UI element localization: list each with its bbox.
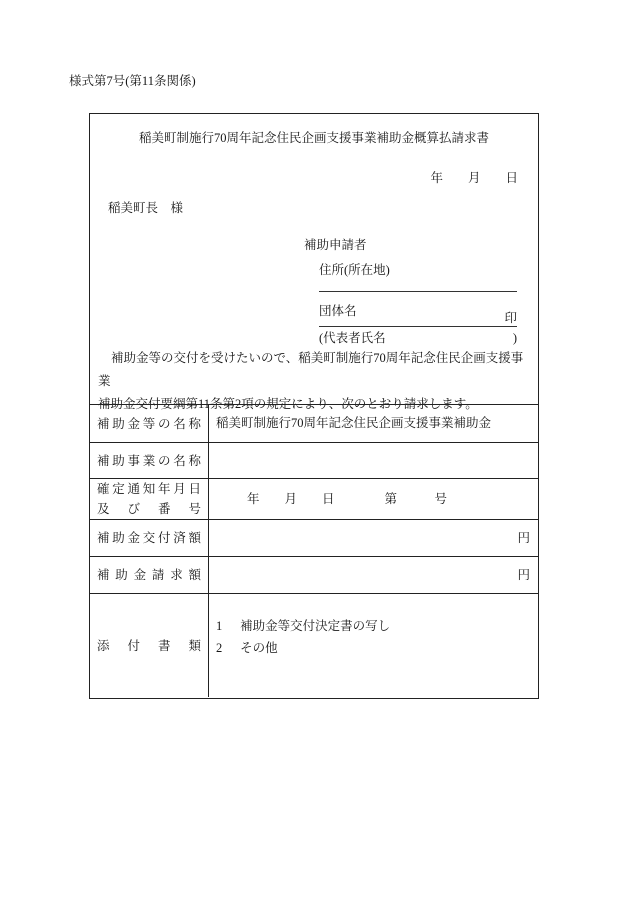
date-line: 年 月 日 — [90, 171, 538, 186]
table-row-requested-amount: 補助金請求額 円 — [90, 556, 538, 593]
attachment-item: 2 その他 — [216, 637, 534, 659]
table-row-notice-date-number: 確定通知年月日 及び番号 年 月 日 第 号 — [90, 478, 538, 519]
table-row-paid-amount: 補助金交付済額 円 — [90, 519, 538, 556]
cell-value-subsidy-name: 稲美町制施行70周年記念住民企画支援事業補助金 — [209, 405, 538, 442]
representative-close-paren: ) — [513, 331, 517, 346]
cell-value-requested-amount: 円 — [209, 557, 538, 593]
table-row-attachments: 添付書類 1 補助金等交付決定書の写し 2 その他 — [90, 593, 538, 697]
cell-label-notice-date-number: 確定通知年月日 及び番号 — [90, 479, 209, 519]
cell-value-attachments: 1 補助金等交付決定書の写し 2 その他 — [209, 594, 538, 697]
cell-label-project-name: 補助事業の名称 — [90, 443, 209, 478]
attachment-number: 1 — [216, 615, 237, 637]
cell-label-requested-amount: 補助金請求額 — [90, 557, 209, 593]
attachment-item: 1 補助金等交付決定書の写し — [216, 615, 534, 637]
attachment-number: 2 — [216, 637, 237, 659]
representative-row: (代表者氏名 ) — [319, 331, 517, 346]
cell-label-subsidy-name: 補助金等の名称 — [90, 405, 209, 442]
label-text-line2: 及び番号 — [97, 499, 201, 519]
address-label: 住所(所在地) — [319, 263, 390, 278]
document-border-box: 稲美町制施行70周年記念住民企画支援事業補助金概算払請求書 年 月 日 稲美町長… — [89, 113, 539, 699]
cell-label-attachments: 添付書類 — [90, 594, 209, 697]
label-text-line1: 確定通知年月日 — [97, 479, 201, 499]
cell-value-paid-amount: 円 — [209, 520, 538, 556]
organization-underline — [319, 326, 517, 327]
request-statement-line1: 補助金等の交付を受けたいので、稲美町制施行70周年記念住民企画支援事業 — [98, 347, 530, 393]
table-row-subsidy-name: 補助金等の名称 稲美町制施行70周年記念住民企画支援事業補助金 — [90, 404, 538, 442]
attachment-text: その他 — [240, 641, 278, 655]
label-text: 補助事業の名称 — [97, 451, 201, 471]
document-title: 稲美町制施行70周年記念住民企画支援事業補助金概算払請求書 — [90, 131, 538, 146]
document-page: 様式第7号(第11条関係) 稲美町制施行70周年記念住民企画支援事業補助金概算払… — [0, 0, 630, 903]
applicant-heading: 補助申請者 — [304, 238, 367, 253]
representative-label: (代表者氏名 — [319, 331, 386, 346]
label-text: 添付書類 — [97, 636, 201, 656]
attachment-text: 補助金等交付決定書の写し — [240, 619, 390, 633]
seal-mark: 印 — [319, 311, 517, 326]
label-text: 補助金等の名称 — [97, 414, 201, 434]
label-text: 補助金交付済額 — [97, 528, 201, 548]
cell-value-project-name — [209, 443, 538, 478]
cell-value-notice-date-number: 年 月 日 第 号 — [209, 479, 538, 519]
form-number-label: 様式第7号(第11条関係) — [69, 74, 196, 89]
address-underline — [319, 291, 517, 292]
request-table: 補助金等の名称 稲美町制施行70周年記念住民企画支援事業補助金 補助事業の名称 … — [90, 404, 538, 697]
cell-label-paid-amount: 補助金交付済額 — [90, 520, 209, 556]
label-text: 補助金請求額 — [97, 565, 201, 585]
table-row-project-name: 補助事業の名称 — [90, 442, 538, 478]
addressee-line: 稲美町長 様 — [108, 201, 183, 216]
